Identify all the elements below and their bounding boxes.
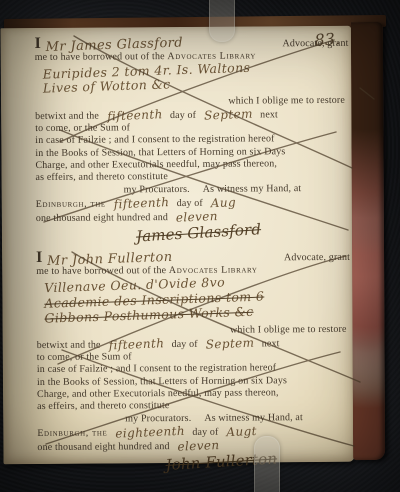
signed-day: fifteenth bbox=[113, 196, 169, 211]
register-photograph: 83. I Mr James Glassford Advocate, grant… bbox=[0, 0, 400, 492]
borrowed-books: Villenave Oeu. d'Ovide 8vo Academie des … bbox=[44, 277, 350, 324]
form-initial: I bbox=[35, 38, 41, 50]
register-page: 83. I Mr James Glassford Advocate, grant… bbox=[0, 26, 354, 464]
borrower-signature: James Glassford bbox=[136, 223, 262, 243]
advocate-grant-text: Advocate, grant bbox=[282, 38, 348, 51]
book-title: Lives of Wotton &c bbox=[43, 78, 171, 97]
restore-line: which I oblige me to restore bbox=[35, 94, 349, 108]
year-word: eleven bbox=[177, 439, 220, 453]
due-month: Septem bbox=[204, 108, 253, 122]
signed-month: Augt bbox=[226, 425, 257, 439]
due-month: Septem bbox=[205, 337, 254, 351]
advocate-grant-text: Advocate, grant bbox=[284, 252, 350, 265]
due-day: fifteenth bbox=[106, 108, 162, 123]
signed-day: eighteenth bbox=[115, 425, 185, 440]
borrow-entry-2: I Mr John Fullerton Advocate, grant me t… bbox=[36, 250, 352, 472]
year-line: one thousand eight hundred and eleven bbox=[36, 209, 350, 225]
year-line: one thousand eight hundred and eleven bbox=[37, 438, 351, 454]
page-holder-strip-top bbox=[209, 0, 235, 42]
signed-month: Aug bbox=[210, 196, 236, 209]
due-day: fifteenth bbox=[108, 337, 164, 352]
form-initial: I bbox=[36, 252, 42, 264]
marbled-board-edge bbox=[351, 22, 385, 460]
page-holder-strip-bottom bbox=[254, 436, 280, 492]
borrow-entry-1: I Mr James Glassford Advocate, grant me … bbox=[35, 36, 350, 243]
borrowed-books: Euripides 2 tom 4r. Is. Waltons Lives of… bbox=[43, 63, 349, 95]
